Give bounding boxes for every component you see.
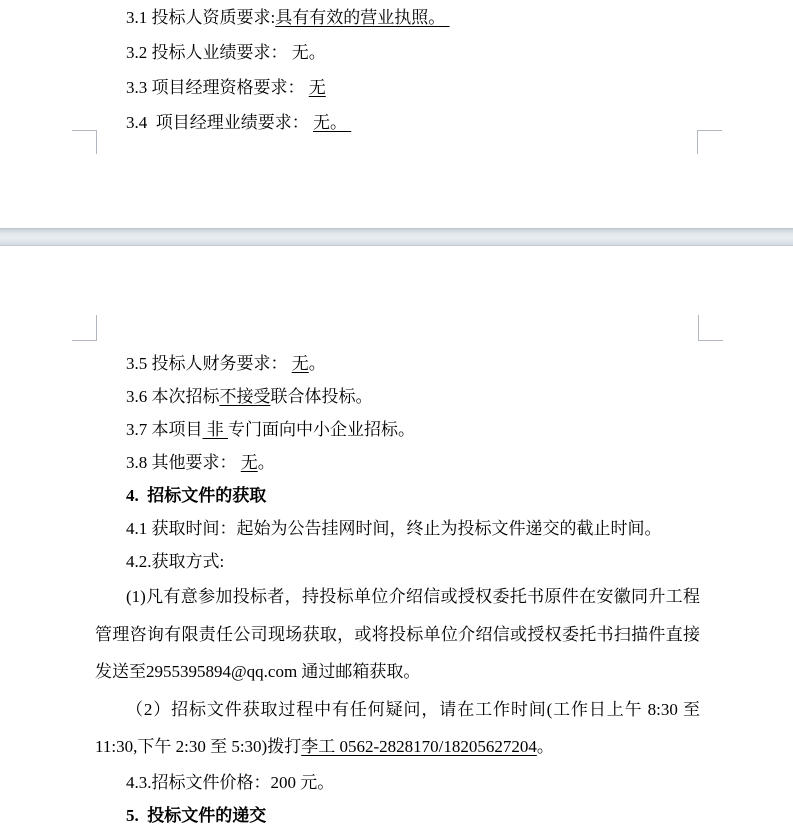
clause-3-5-underlined: 无 — [292, 354, 309, 373]
clause-3-5-text: 3.5 投标人财务要求： — [126, 354, 292, 373]
clause-3-3: 3.3 项目经理资格要求： 无 — [95, 70, 700, 105]
clause-4-1: 4.1 获取时间：起始为公告挂网时间，终止为投标文件递交的截止时间。 — [95, 512, 700, 545]
clause-3-6-underlined: 不接受 — [220, 387, 271, 406]
page-separator — [0, 228, 793, 246]
clause-3-6: 3.6 本次招标不接受联合体投标。 — [95, 380, 700, 413]
clause-4-2: 4.2.获取方式: — [95, 545, 700, 578]
page-1: 3.1 投标人资质要求:具有有效的营业执照。 3.2 投标人业绩要求： 无。 3… — [0, 0, 793, 228]
clause-3-7-tail: 专门面向中小企业招标。 — [228, 420, 415, 439]
page-corner-mark-bottom-right — [697, 130, 722, 154]
clause-3-8-underlined: 无 — [241, 453, 258, 472]
clause-3-6-tail: 联合体投标。 — [271, 387, 373, 406]
clause-4-3: 4.3.招标文件价格：200 元。 — [95, 766, 700, 799]
page-2: 3.5 投标人财务要求： 无。 3.6 本次招标不接受联合体投标。 3.7 本项… — [0, 246, 793, 832]
clause-3-5: 3.5 投标人财务要求： 无。 — [95, 347, 700, 380]
document-viewer: 3.1 投标人资质要求:具有有效的营业执照。 3.2 投标人业绩要求： 无。 3… — [0, 0, 793, 832]
clause-3-3-underlined: 无 — [309, 78, 326, 97]
clause-3-2: 3.2 投标人业绩要求： 无。 — [95, 35, 700, 70]
clause-3-8-tail: 。 — [258, 453, 275, 472]
clause-3-1: 3.1 投标人资质要求:具有有效的营业执照。 — [95, 0, 700, 35]
clause-3-5-tail: 。 — [309, 354, 326, 373]
page-1-content: 3.1 投标人资质要求:具有有效的营业执照。 3.2 投标人业绩要求： 无。 3… — [0, 0, 793, 140]
clause-3-6-text: 3.6 本次招标 — [126, 387, 220, 406]
clause-3-8: 3.8 其他要求： 无。 — [95, 446, 700, 479]
clause-3-3-text: 3.3 项目经理资格要求： — [126, 78, 309, 97]
page-corner-mark-top-right — [698, 315, 723, 341]
clause-3-4-text: 3.4 项目经理业绩要求： — [126, 113, 313, 132]
clause-3-4: 3.4 项目经理业绩要求： 无。 — [95, 105, 700, 140]
section-heading-5: 5. 投标文件的递交 — [95, 799, 700, 832]
clause-3-4-underlined: 无。 — [313, 113, 351, 132]
page-2-content: 3.5 投标人财务要求： 无。 3.6 本次招标不接受联合体投标。 3.7 本项… — [0, 246, 793, 832]
clause-3-1-text: 3.1 投标人资质要求: — [126, 8, 275, 27]
clause-3-7-text: 3.7 本项目 — [126, 420, 203, 439]
clause-3-1-underlined: 具有有效的营业执照。 — [275, 8, 449, 27]
clause-3-7: 3.7 本项目 非 专门面向中小企业招标。 — [95, 413, 700, 446]
page-corner-mark-bottom-left — [72, 130, 97, 154]
page-corner-mark-top-left — [72, 315, 97, 341]
clause-3-7-underlined: 非 — [203, 420, 229, 439]
paragraph-obtain-method-1: (1)凡有意参加投标者，持投标单位介绍信或授权委托书原件在安徽同升工程管理咨询有… — [95, 578, 700, 691]
clause-3-8-text: 3.8 其他要求： — [126, 453, 241, 472]
paragraph-obtain-method-2: （2）招标文件获取过程中有任何疑问，请在工作时间(工作日上午 8:30 至 11… — [95, 691, 700, 766]
clause-3-2-text: 3.2 投标人业绩要求： 无。 — [126, 43, 326, 62]
contact-phone-underlined: 李工 0562-2828170/18205627204 — [301, 737, 537, 756]
section-heading-4: 4. 招标文件的获取 — [95, 479, 700, 512]
paragraph-obtain-method-2-tail: 。 — [537, 737, 554, 756]
